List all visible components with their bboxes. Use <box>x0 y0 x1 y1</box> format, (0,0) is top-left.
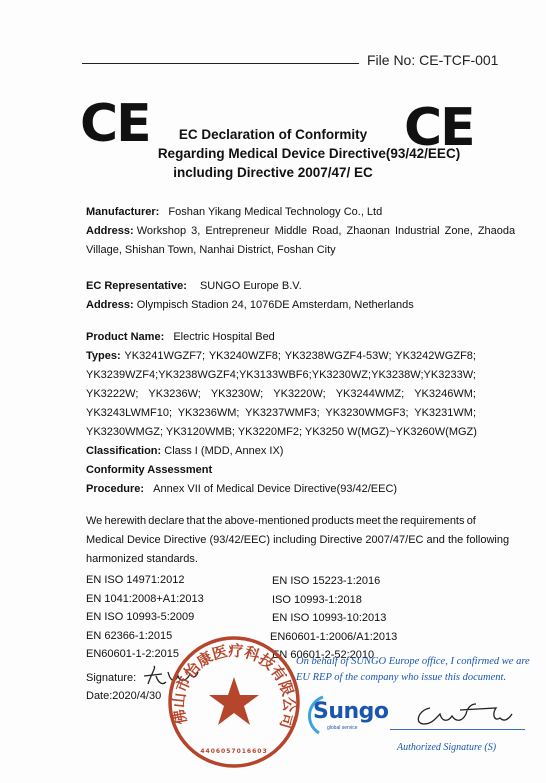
type-model: YK3230WZ; <box>312 369 371 381</box>
declaration-line-2: Medical Device Directive (93/42/EEC) inc… <box>86 534 509 546</box>
ec-rep-label: EC Representative: <box>86 280 187 292</box>
word: that <box>187 515 205 527</box>
manufacturer-value: Foshan Yikang Medical Technology Co., Lt… <box>168 206 382 218</box>
classification-value: Class I (MDD, Annex IX) <box>164 445 283 457</box>
type-model: YK3238WGZF4; <box>158 369 239 381</box>
product-name-value: Electric Hospital Bed <box>173 331 275 343</box>
procedure-label: Procedure: <box>86 483 144 495</box>
ec-rep-address-label: Address: <box>86 299 134 311</box>
logo-text: Sungo <box>313 699 389 724</box>
authorized-signature-label: Authorized Signature (S) <box>397 742 496 753</box>
procedure-value: Annex VII of Medical Device Directive(93… <box>153 483 397 495</box>
standard-item: EN ISO 10993-5:2009 <box>86 608 204 627</box>
type-model: YK3133WBF6; <box>239 369 312 381</box>
conformity-label: Conformity Assessment <box>86 464 212 476</box>
declaration-line-1: We herewith declare that the above-menti… <box>86 515 476 527</box>
classification-row: Classification: Class I (MDD, Annex IX) <box>86 445 283 457</box>
word: meet <box>356 515 380 527</box>
product-name-row: Product Name: Electric Hospital Bed <box>86 331 275 343</box>
file-number: File No: CE-TCF-001 <box>367 52 498 68</box>
company-seal: 佛山市怡康医疗科技有限公司 4406057016603 <box>165 633 303 771</box>
signature-rule <box>390 729 525 730</box>
type-model: YK3240WZF8; <box>209 350 281 362</box>
rep-statement-2: EU REP of the company who issue this doc… <box>296 672 506 683</box>
type-model: YK3238WGZF4-53W; <box>285 350 392 362</box>
type-model: YK3241WGZF7; <box>124 350 205 362</box>
manufacturer-address-row: Address: Workshop 3, Entrepreneur Middle… <box>86 225 476 237</box>
ce-mark-left: CE <box>80 98 150 150</box>
word: of <box>467 515 476 527</box>
ec-rep-value: SUNGO Europe B.V. <box>200 280 302 292</box>
procedure-row: Procedure: Annex VII of Medical Device D… <box>86 483 397 495</box>
document-subtitle: Regarding Medical Device Directive(93/42… <box>36 146 546 161</box>
ec-rep-address-row: Address: Olympisch Stadion 24, 1076DE Am… <box>86 299 414 311</box>
signature-label: Signature: <box>86 672 136 684</box>
type-model: YK3243LWMF10; <box>86 407 172 419</box>
authorized-signature <box>410 700 520 730</box>
sungo-logo: Sungo global service <box>297 693 392 737</box>
ec-rep-row: EC Representative: SUNGO Europe B.V. <box>86 280 302 292</box>
standard-item: EN ISO 15223-1:2016 <box>272 572 397 591</box>
type-model: YK3237WMF3; <box>245 407 320 419</box>
types-row-1: Types: YK3241WGZF7; YK3240WZF8; YK3238WG… <box>86 350 476 362</box>
declaration-line-3: harmonized standards. <box>86 553 198 565</box>
type-model: YK3242WGZF8; <box>395 350 476 362</box>
word: above-mentioned <box>225 515 310 527</box>
document-title: EC Declaration of Conformity <box>0 127 546 142</box>
type-model: YK3244WMZ; <box>336 388 404 400</box>
standard-item: EN ISO 14971:2012 <box>86 571 204 590</box>
word: products <box>312 515 354 527</box>
type-model: YK3230W; <box>211 388 263 400</box>
type-model: YK3233W; <box>424 369 476 381</box>
type-model: YK3236W; <box>148 388 200 400</box>
type-model: YK3220W; <box>273 388 325 400</box>
types-row-2: YK3239WZF4; YK3238WGZF4; YK3133WBF6; YK3… <box>86 369 476 381</box>
type-model: YK3236WM; <box>178 407 240 419</box>
types-row-3: YK3222W; YK3236W; YK3230W; YK3220W; YK32… <box>86 388 476 400</box>
type-model: YK3246WM; <box>414 388 476 400</box>
classification-label: Classification: <box>86 445 161 457</box>
seal-number: 4406057016603 <box>200 748 267 755</box>
word: the <box>383 515 398 527</box>
type-model: YK3230WMGF3; <box>325 407 408 419</box>
types-label: Types: <box>86 350 121 362</box>
manufacturer-label: Manufacturer: <box>86 206 159 218</box>
word: declare <box>148 515 184 527</box>
standard-item: ISO 10993-1:2018 <box>272 591 397 610</box>
type-model: YK3239WZF4; <box>86 369 158 381</box>
types-row-5: YK3230WMGZ; YK3120WMB; YK3220MF2; YK3250… <box>86 426 477 438</box>
word: requirements <box>400 515 464 527</box>
type-model: YK3222W; <box>86 388 138 400</box>
manufacturer-address-line2: Village, Shishan Town, Nanhai District, … <box>86 244 336 256</box>
address-value: Workshop 3, Entrepreneur Middle Road, Zh… <box>137 225 515 237</box>
document-subtitle-2: including Directive 2007/47/ EC <box>0 165 546 180</box>
manufacturer-row: Manufacturer: Foshan Yikang Medical Tech… <box>86 206 382 218</box>
word: We <box>86 515 102 527</box>
address-label: Address: <box>86 225 134 237</box>
standard-item: EN 1041:2008+A1:2013 <box>86 590 204 609</box>
seal-star-icon <box>209 677 259 725</box>
product-name-label: Product Name: <box>86 331 164 343</box>
type-model: YK3238W; <box>371 369 423 381</box>
rep-statement-1: On behalf of SUNGO Europe office, I conf… <box>296 656 530 667</box>
types-row-4: YK3243LWMF10; YK3236WM; YK3237WMF3; YK32… <box>86 407 476 419</box>
word: the <box>207 515 222 527</box>
standard-item: EN ISO 10993-10:2013 <box>272 609 397 628</box>
header-rule <box>82 63 359 64</box>
type-model: YK3231WM; <box>414 407 476 419</box>
logo-subtext: global service <box>327 725 358 731</box>
word: herewith <box>105 515 147 527</box>
ec-rep-address-value: Olympisch Stadion 24, 1076DE Amsterdam, … <box>137 299 414 311</box>
